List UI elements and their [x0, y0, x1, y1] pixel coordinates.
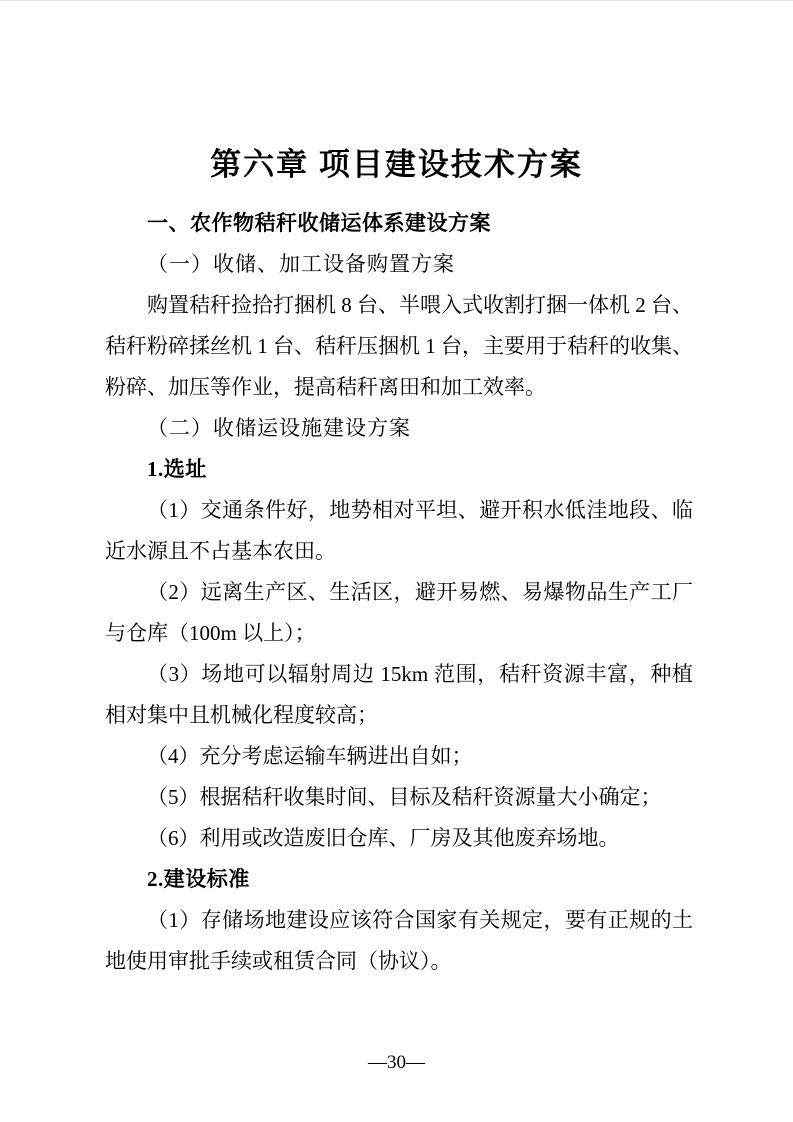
section-heading-1: 一、农作物秸秆收储运体系建设方案 — [105, 203, 693, 244]
part-heading-site-selection: 1.选址 — [105, 449, 693, 490]
subsection-heading-1: （一）收储、加工设备购置方案 — [105, 244, 693, 285]
list-item-site-2: （2）远离生产区、生活区，避开易燃、易爆物品生产工厂与仓库（100m 以上）； — [105, 572, 693, 654]
subsection-heading-2: （二）收储运设施建设方案 — [105, 408, 693, 449]
list-item-site-3: （3）场地可以辐射周边 15km 范围，秸秆资源丰富，种植相对集中且机械化程度较… — [105, 654, 693, 736]
list-item-standard-1: （1）存储场地建设应该符合国家有关规定，要有正规的土地使用审批手续或租赁合同（协… — [105, 900, 693, 982]
list-item-site-1: （1）交通条件好，地势相对平坦、避开积水低洼地段、临近水源且不占基本农田。 — [105, 490, 693, 572]
list-item-site-5: （5）根据秸秆收集时间、目标及秸秆资源量大小确定； — [105, 777, 693, 818]
page-footer: —30— — [0, 1030, 793, 1122]
part-heading-construction-standard: 2.建设标准 — [105, 859, 693, 900]
list-item-site-6: （6）利用或改造废旧仓库、厂房及其他废弃场地。 — [105, 818, 693, 859]
document-body: 一、农作物秸秆收储运体系建设方案 （一）收储、加工设备购置方案 购置秸秆捡拾打捆… — [105, 203, 693, 982]
list-item-site-4: （4）充分考虑运输车辆进出自如； — [105, 736, 693, 777]
document-page: 第六章 项目建设技术方案 一、农作物秸秆收储运体系建设方案 （一）收储、加工设备… — [0, 0, 793, 1122]
chapter-title: 第六章 项目建设技术方案 — [0, 1, 793, 189]
page-number: —30— — [368, 1052, 425, 1074]
paragraph-equipment: 购置秸秆捡拾打捆机 8 台、半喂入式收割打捆一体机 2 台、秸秆粉碎揉丝机 1 … — [105, 285, 693, 408]
